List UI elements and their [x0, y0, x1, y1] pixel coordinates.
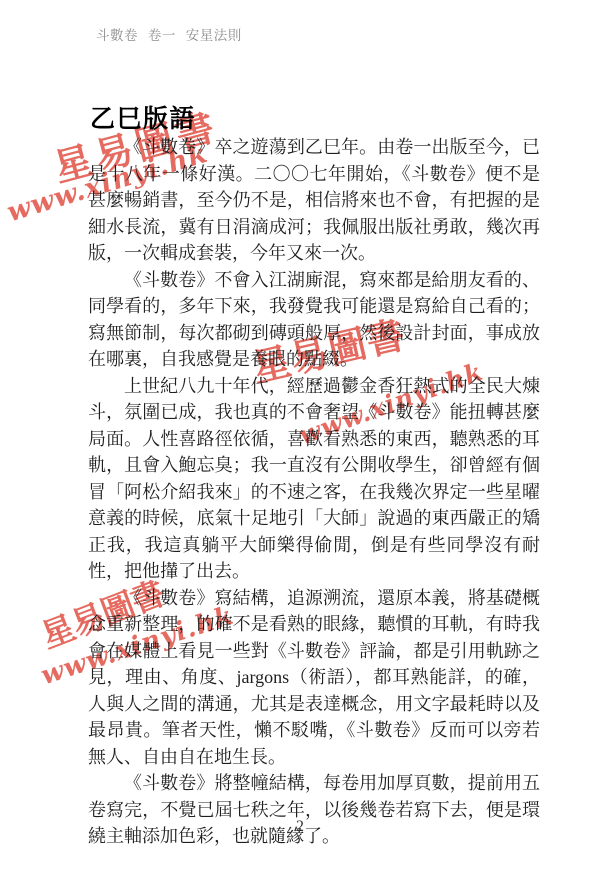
book-page: 星易圖書 www.xinyi.hk 星易圖書 www.xinyi.hk 星易圖書…	[0, 0, 600, 883]
body-paragraph: 《斗數卷》寫結構，追源溯流，還原本義，將基礎概念重新整理，的確不是看熟的眼緣，聽…	[88, 585, 540, 771]
body-paragraph: 《斗數卷》卒之遊蕩到乙巳年。由卷一出版至今，已是十八年一條好漢。二〇〇七年開始，…	[88, 134, 540, 267]
body-text: 《斗數卷》卒之遊蕩到乙巳年。由卷一出版至今，已是十八年一條好漢。二〇〇七年開始，…	[88, 134, 540, 850]
body-paragraph: 《斗數卷》不會入江湖廝混，寫來都是給朋友看的、同學看的，多年下來，我發覺我可能還…	[88, 267, 540, 373]
body-paragraph: 《斗數卷》將整幢結構，每卷用加厚頁數，提前用五卷寫完，不覺已屆七秩之年，以後幾卷…	[88, 770, 540, 850]
page-title: 乙巳版語	[90, 99, 196, 135]
body-paragraph: 上世紀八九十年代，經歷過鬱金香狂熱式的全民大煉斗，氛圍已成，我也真的不會奢望《斗…	[88, 373, 540, 585]
page-number: 2	[0, 818, 600, 836]
running-header: 斗數卷 卷一 安星法則	[96, 24, 242, 44]
